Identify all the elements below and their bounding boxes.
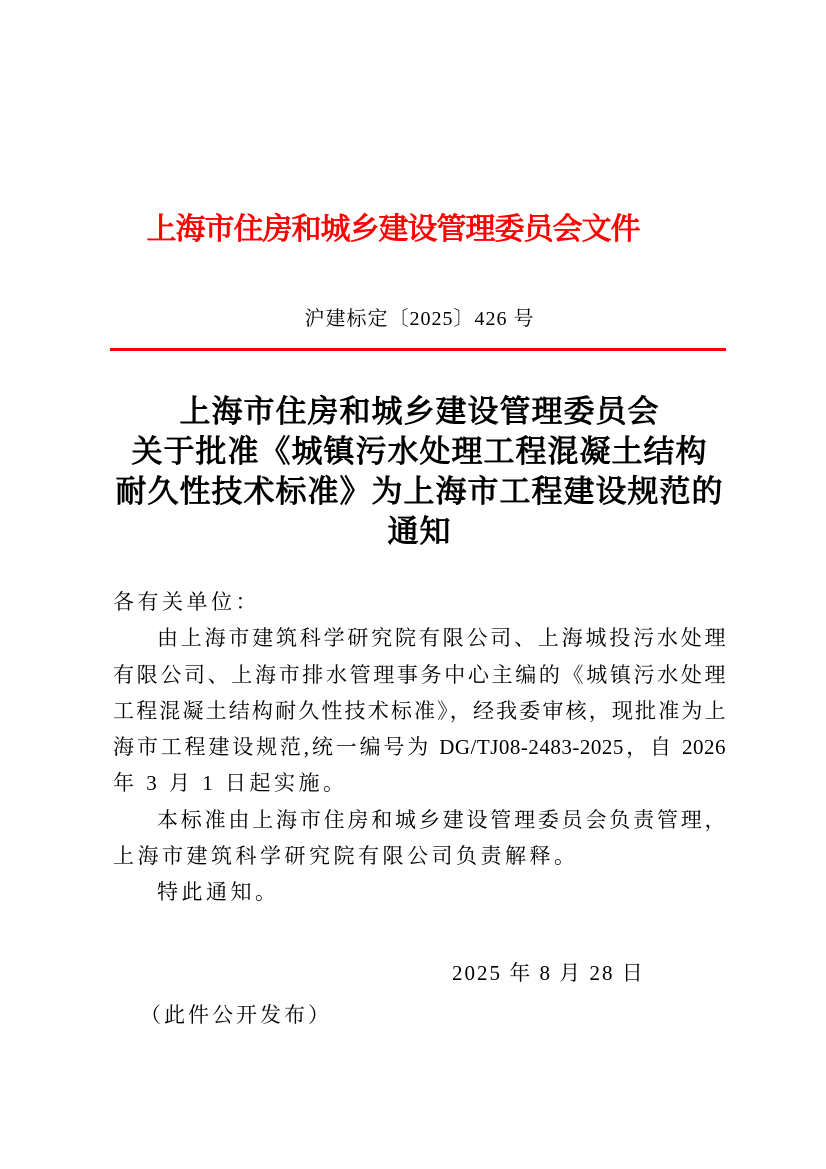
- public-release-note: （此件公开发布）: [140, 1000, 332, 1030]
- body-line: 海市工程建设规范,统一编号为 DG/TJ08-2483-2025，自 2026: [113, 729, 726, 765]
- body-line: 有限公司、上海市排水管理事务中心主编的《城镇污水处理: [113, 657, 726, 693]
- closing-line: 特此通知。: [113, 874, 726, 910]
- notice-title-line: 上海市住房和城乡建设管理委员会: [106, 392, 733, 432]
- body-line: 本标准由上海市住房和城乡建设管理委员会负责管理，: [113, 802, 726, 838]
- letterhead-org-title: 上海市住房和城乡建设管理委员会文件: [0, 204, 796, 248]
- notice-title: 上海市住房和城乡建设管理委员会 关于批准《城镇污水处理工程混凝土结构 耐久性技术…: [106, 392, 733, 552]
- salutation-line: 各有关单位：: [113, 584, 726, 620]
- body-line: 年 3 月 1 日起实施。: [113, 765, 726, 801]
- notice-body: 各有关单位： 由上海市建筑科学研究院有限公司、上海城投污水处理 有限公司、上海市…: [113, 584, 726, 911]
- notice-title-line: 通知: [106, 512, 733, 552]
- body-line: 工程混凝土结构耐久性技术标准》，经我委审核，现批准为上: [113, 693, 726, 729]
- notice-title-line: 关于批准《城镇污水处理工程混凝土结构: [106, 432, 733, 472]
- document-reference-number: 沪建标定〔2025〕426 号: [113, 302, 726, 331]
- body-line: 上海市建筑科学研究院有限公司负责解释。: [113, 838, 726, 874]
- document-date: 2025 年 8 月 28 日: [452, 958, 645, 988]
- body-line: 由上海市建筑科学研究院有限公司、上海城投污水处理: [113, 620, 726, 656]
- notice-title-line: 耐久性技术标准》为上海市工程建设规范的: [106, 472, 733, 512]
- letterhead-divider-line: [110, 348, 726, 351]
- document-page: 上海市住房和城乡建设管理委员会文件 沪建标定〔2025〕426 号 上海市住房和…: [0, 0, 826, 1169]
